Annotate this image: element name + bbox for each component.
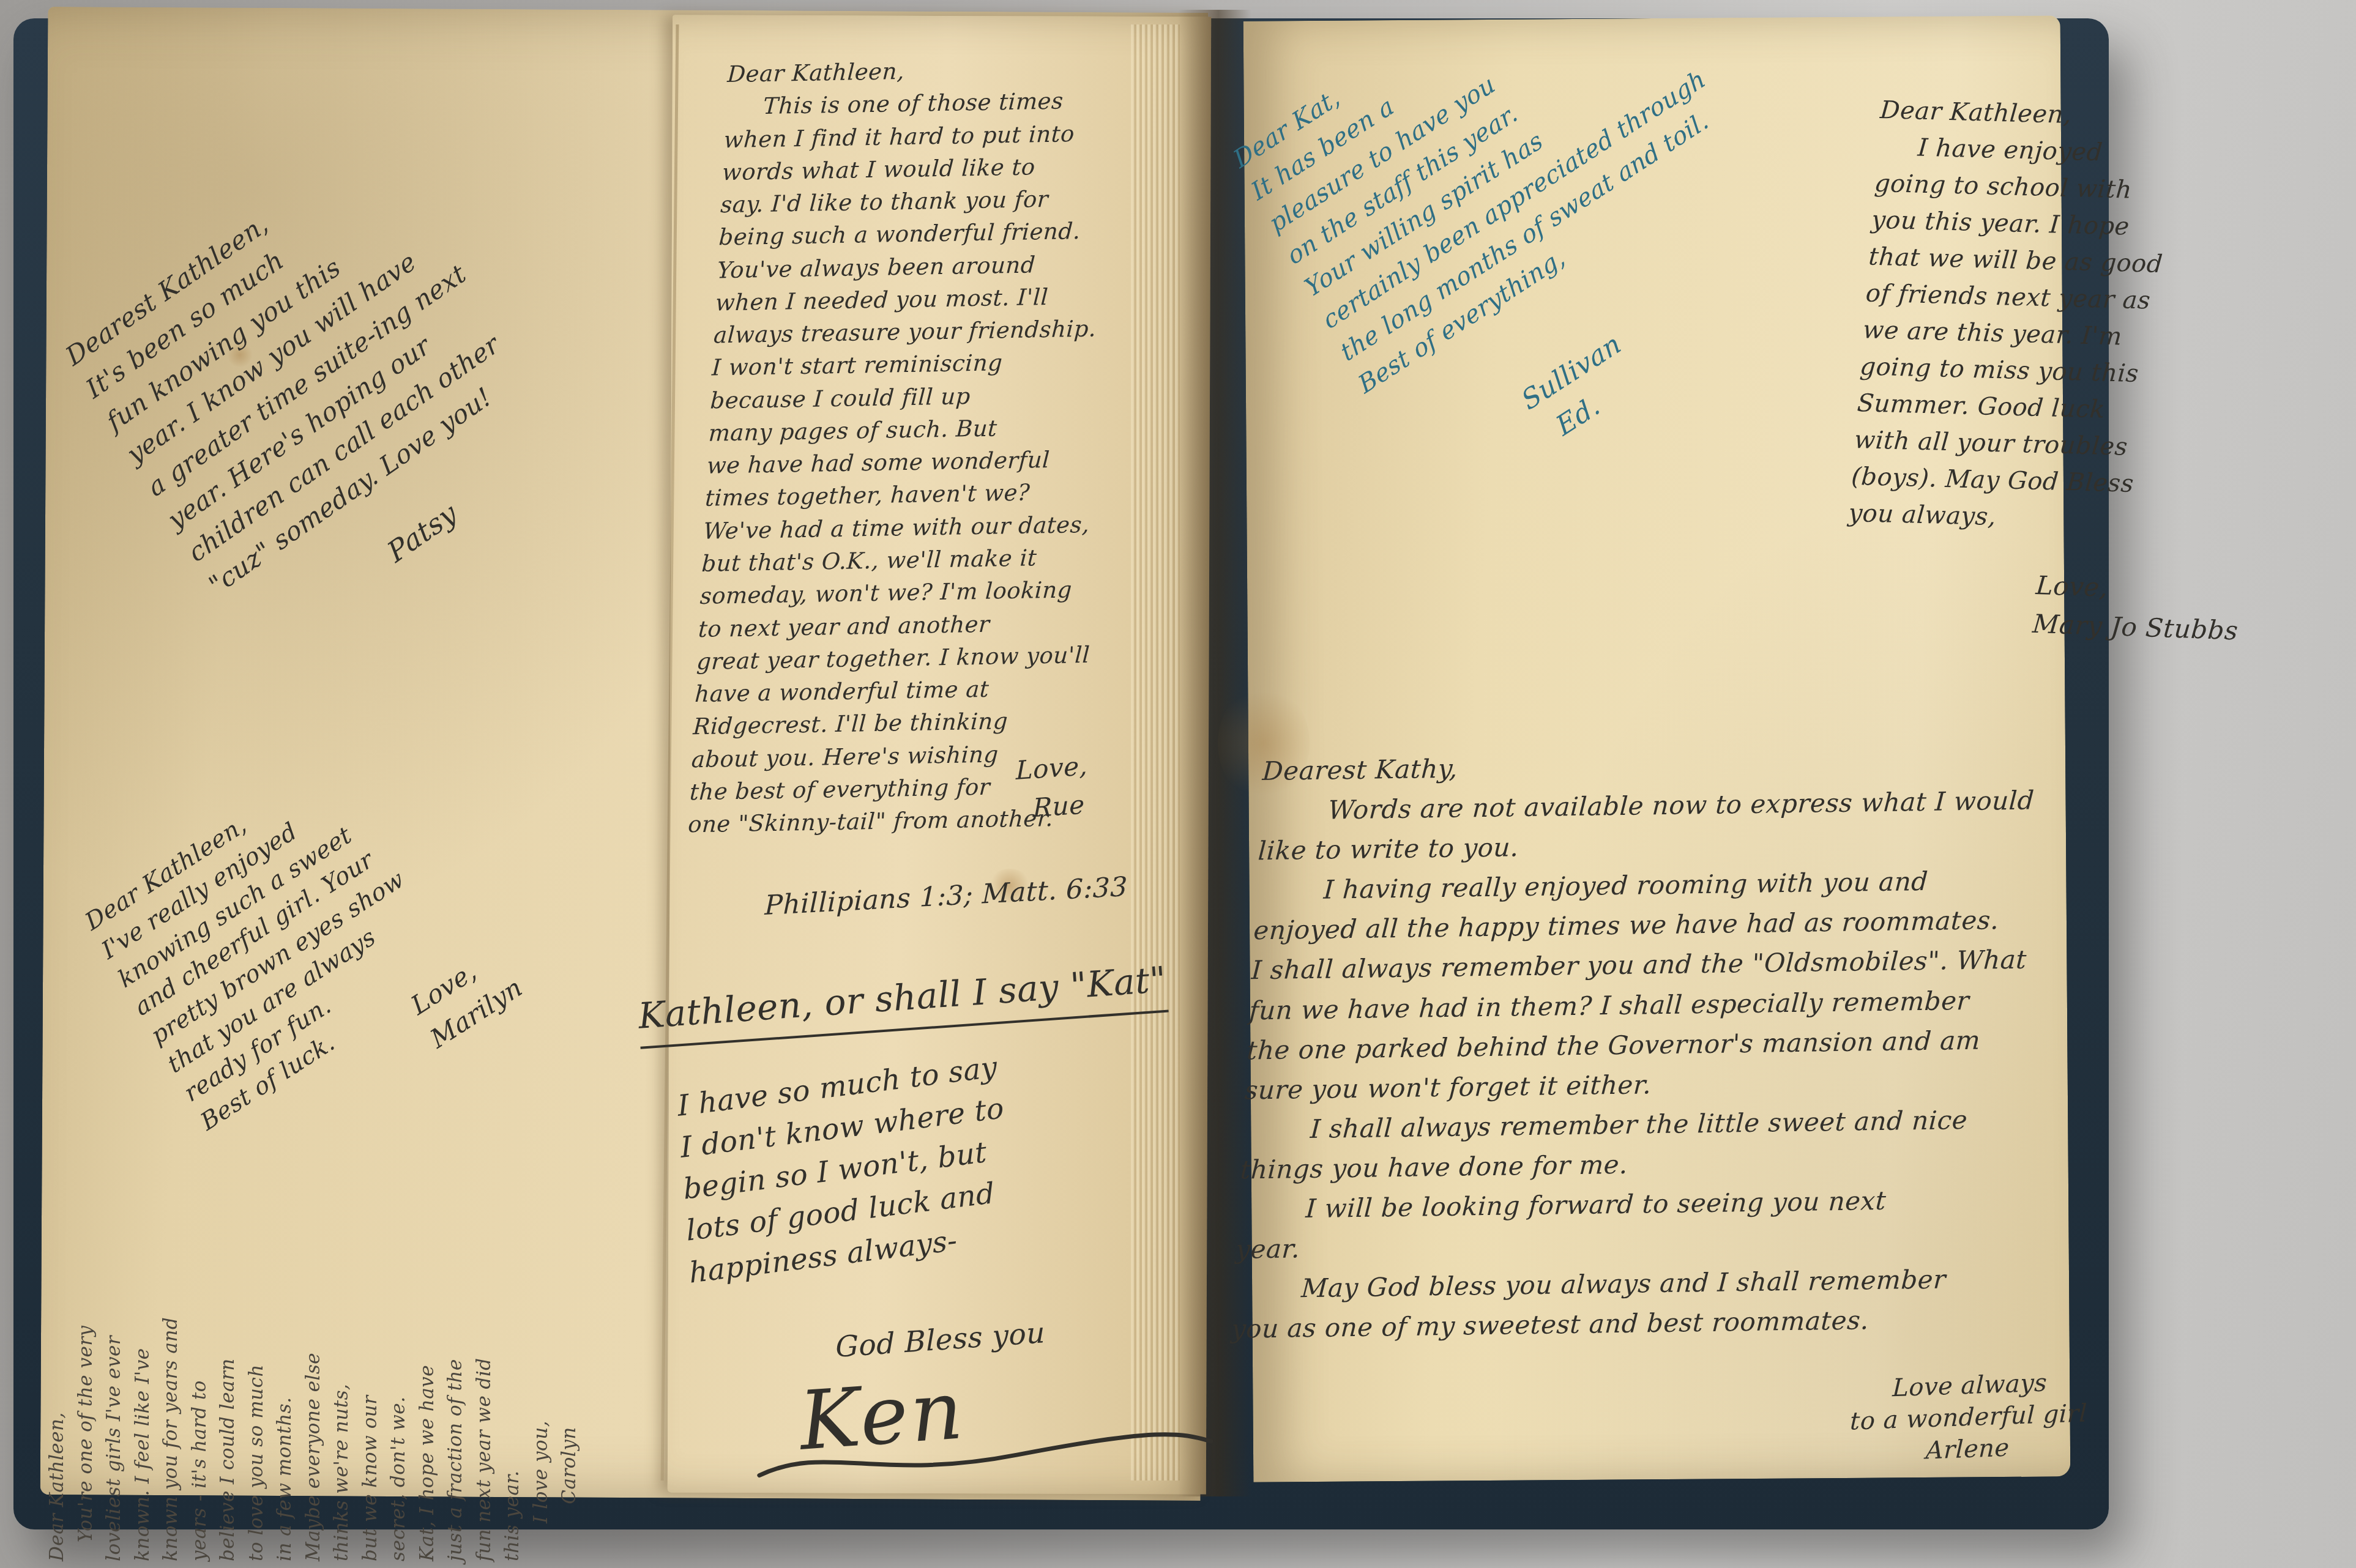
handwritten-line: Dear Kathleen, — [43, 1102, 72, 1561]
note-rue: Dear Kathleen, This is one of those time… — [687, 50, 1206, 841]
handwritten-line: in a few months. — [270, 1102, 299, 1561]
handwritten-line: Love, — [1016, 746, 1087, 790]
note-rue-signature: Love, Rue — [1016, 746, 1087, 829]
photo-of-open-yearbook: Dearest Kathleen,It's been so muchfun kn… — [0, 0, 2356, 1568]
handwritten-line: Carolyn — [555, 1102, 584, 1561]
handwritten-line: years - it's hard to — [185, 1102, 214, 1561]
note-ken-signature: Ken — [796, 1350, 969, 1482]
note-arlene: Dearest Kathy, Words are not available n… — [1230, 739, 2120, 1349]
note-carolyn: Dear Kathleen, You're one of the verylov… — [43, 1102, 584, 1561]
handwritten-line: I love you, — [527, 1102, 556, 1561]
handwritten-line: believe I could learn — [214, 1102, 242, 1561]
note-maryjo-signature: Love,Mary Jo Stubbs — [2031, 566, 2243, 650]
handwritten-line: Mary Jo Stubbs — [2031, 604, 2240, 650]
handwritten-line: secret, don't we. — [384, 1102, 413, 1561]
handwritten-line: loveliest girls I've ever — [100, 1102, 129, 1561]
handwritten-line: known. I feel like I've — [129, 1102, 157, 1561]
note-arlene-signature: Love alwaysto a wonderful girlArlene — [1772, 1363, 2166, 1473]
handwritten-line: Love, — [2035, 566, 2243, 612]
note-maryjo: Dear Kathleen, I have enjoyedgoing to sc… — [1847, 92, 2328, 543]
handwritten-line: known you for years and — [157, 1102, 185, 1561]
handwritten-line: Kat, I hope we have — [413, 1102, 442, 1561]
handwritten-line: fun next year we did — [470, 1102, 499, 1561]
handwritten-line: this year. — [498, 1102, 527, 1561]
handwritten-line: You're one of the very — [72, 1102, 100, 1561]
handwritten-line: Rue — [1016, 785, 1087, 828]
handwritten-line: but we know our — [356, 1102, 385, 1561]
handwritten-line: Maybe everyone else — [299, 1102, 328, 1561]
handwritten-line: to love you so much — [242, 1102, 271, 1561]
handwritten-line: just a fraction of the — [441, 1102, 470, 1561]
handwritten-line: thinks we're nuts, — [327, 1102, 356, 1561]
